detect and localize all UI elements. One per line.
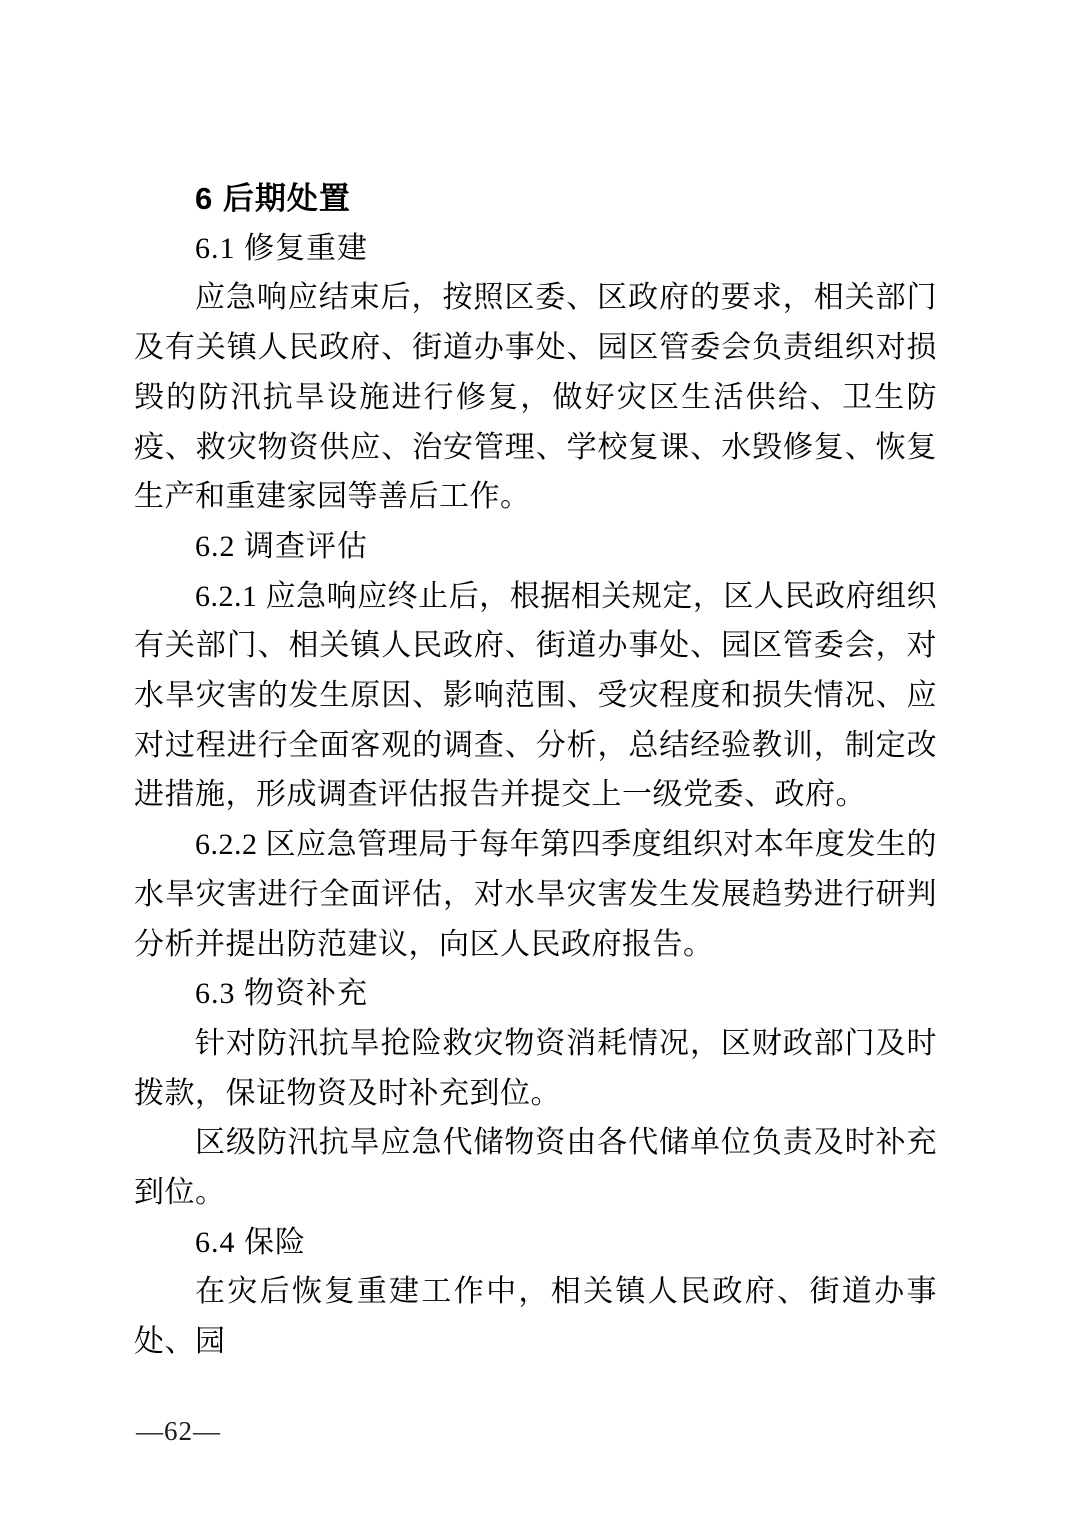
subsection-heading-6-4: 6.4 保险 xyxy=(134,1218,937,1268)
document-body: 6 后期处置 6.1 修复重建 应急响应结束后，按照区委、区政府的要求，相关部门… xyxy=(134,174,937,1367)
subsection-heading-6-2: 6.2 调查评估 xyxy=(134,522,937,572)
document-page: 6 后期处置 6.1 修复重建 应急响应结束后，按照区委、区政府的要求，相关部门… xyxy=(0,0,1074,1520)
paragraph-6-2-1: 6.2.1 应急响应终止后，根据相关规定，区人民政府组织有关部门、相关镇人民政府… xyxy=(134,572,937,821)
section-heading-6: 6 后期处置 xyxy=(134,174,937,224)
page-number: —62— xyxy=(136,1416,221,1447)
paragraph-6-1-body: 应急响应结束后，按照区委、区政府的要求，相关部门及有关镇人民政府、街道办事处、园… xyxy=(134,273,937,522)
paragraph-6-4-body: 在灾后恢复重建工作中，相关镇人民政府、街道办事处、园 xyxy=(134,1267,937,1366)
paragraph-6-3-body-1: 针对防汛抗旱抢险救灾物资消耗情况，区财政部门及时拨款，保证物资及时补充到位。 xyxy=(134,1019,937,1118)
subsection-heading-6-1: 6.1 修复重建 xyxy=(134,224,937,274)
subsection-heading-6-3: 6.3 物资补充 xyxy=(134,969,937,1019)
paragraph-6-2-2: 6.2.2 区应急管理局于每年第四季度组织对本年度发生的水旱灾害进行全面评估，对… xyxy=(134,820,937,969)
paragraph-6-3-body-2: 区级防汛抗旱应急代储物资由各代储单位负责及时补充到位。 xyxy=(134,1118,937,1217)
